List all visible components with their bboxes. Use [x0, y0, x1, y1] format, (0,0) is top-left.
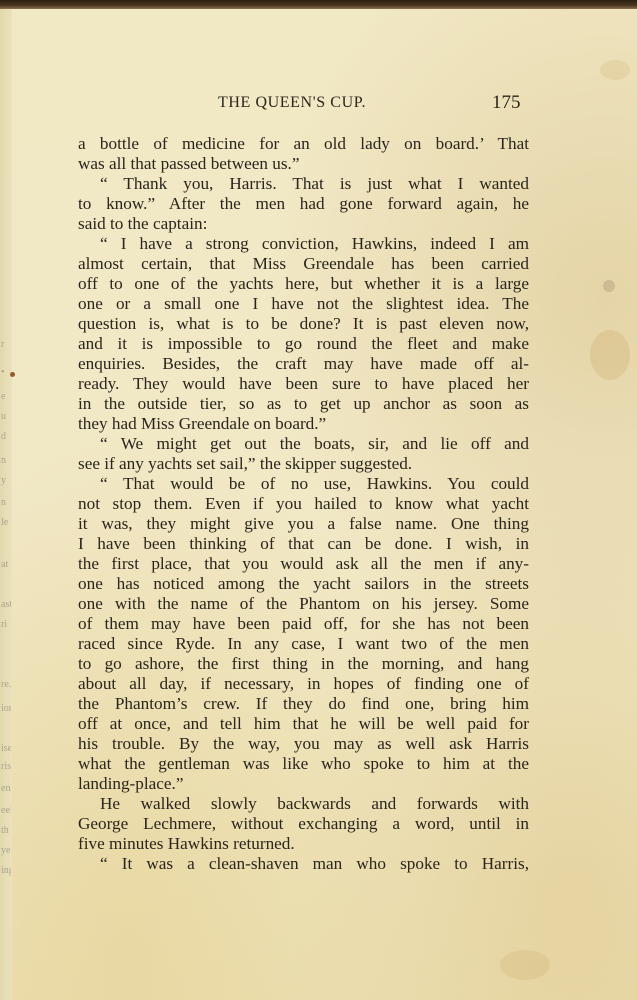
text-line: a bottle of medicine for an old lady on …: [78, 134, 529, 154]
text-line: the first place, that you would ask all …: [78, 554, 529, 574]
showthrough-glyph: ast: [1, 600, 11, 610]
text-line: George Lechmere, without exchanging a wo…: [78, 814, 529, 834]
showthrough-glyph: th: [1, 826, 11, 836]
text-line: I have been thinking of that can be done…: [78, 534, 529, 554]
showthrough-glyph: ent: [1, 784, 11, 794]
text-line: “ Thank you, Harris. That is just what I…: [78, 174, 529, 194]
showthrough-glyph: ye: [1, 846, 11, 856]
showthrough-glyph: ris: [1, 762, 11, 772]
text-line: to know.” After the men had gone forward…: [78, 194, 529, 214]
showthrough-glyph: ing: [1, 866, 11, 876]
text-line: almost certain, that Miss Greendale has …: [78, 254, 529, 274]
text-line: they had Miss Greendale on board.”: [78, 414, 529, 434]
showthrough-glyph: y: [1, 476, 11, 486]
text-line: “ I have a strong conviction, Hawkins, i…: [78, 234, 529, 254]
text-line: was all that passed between us.”: [78, 154, 529, 174]
showthrough-glyph: eel: [1, 806, 11, 816]
text-line: the Phantom’s crew. If they do find one,…: [78, 694, 529, 714]
showthrough-glyph: at: [1, 560, 11, 570]
showthrough-glyph: n: [1, 456, 11, 466]
page-header: THE QUEEN'S CUP. 175: [0, 92, 637, 116]
showthrough-glyph: re.: [1, 680, 11, 690]
text-line: not stop them. Even if you hailed to kno…: [78, 494, 529, 514]
text-line: one or a small one I have not the slight…: [78, 294, 529, 314]
text-line: enquiries. Besides, the craft may have m…: [78, 354, 529, 374]
text-line: one has noticed among the yacht sailors …: [78, 574, 529, 594]
page-number: 175: [492, 92, 521, 114]
text-line: landing-place.”: [78, 774, 529, 794]
text-line: “ We might get out the boats, sir, and l…: [78, 434, 529, 454]
text-line: about all day, if necessary, in hopes of…: [78, 674, 529, 694]
text-line: ready. They would have been sure to have…: [78, 374, 529, 394]
text-line: five minutes Hawkins returned.: [78, 834, 529, 854]
text-line: “ It was a clean-shaven man who spoke to…: [78, 854, 529, 874]
showthrough-glyph: u: [1, 412, 11, 422]
text-line: question is, what is to be done? It is p…: [78, 314, 529, 334]
book-top-edge: [0, 0, 637, 9]
showthrough-glyph: ion: [1, 704, 11, 714]
body-text: a bottle of medicine for an old lady on …: [78, 134, 529, 874]
text-line: see if any yachts set sail,” the skipper…: [78, 454, 529, 474]
text-line: what the gentleman was like who spoke to…: [78, 754, 529, 774]
text-line: it was, they might give you a false name…: [78, 514, 529, 534]
showthrough-glyph: d: [1, 432, 11, 442]
showthrough-glyph: •: [1, 368, 11, 378]
text-line: in the outside tier, so as to get up anc…: [78, 394, 529, 414]
text-line: one with the name of the Phantom on his …: [78, 594, 529, 614]
text-line: his trouble. By the way, you may as well…: [78, 734, 529, 754]
text-line: He walked slowly backwards and forwards …: [78, 794, 529, 814]
text-line: “ That would be of no use, Hawkins. You …: [78, 474, 529, 494]
text-line: raced since Ryde. In any case, I want tw…: [78, 634, 529, 654]
foxing-stain: [600, 60, 630, 80]
text-line: said to the captain:: [78, 214, 529, 234]
text-line: of them may have been paid off, for she …: [78, 614, 529, 634]
foxing-stain: [500, 950, 550, 980]
showthrough-glyph: le: [1, 518, 11, 528]
text-line: off at once, and tell him that he will b…: [78, 714, 529, 734]
text-line: to go ashore, the first thing in the mor…: [78, 654, 529, 674]
foxing-stain: [590, 330, 630, 380]
showthrough-glyph: r: [1, 340, 11, 350]
book-page: r•eudnynleatastrire.ionise,risenteelthye…: [0, 0, 637, 1000]
text-line: and it is impossible to go round the fle…: [78, 334, 529, 354]
showthrough-glyph: ri: [1, 620, 11, 630]
showthrough-glyph: ise,: [1, 744, 11, 754]
running-title: THE QUEEN'S CUP.: [218, 94, 366, 112]
foxing-stain: [603, 280, 615, 292]
showthrough-glyph: n: [1, 498, 11, 508]
showthrough-glyph: e: [1, 392, 11, 402]
text-line: off to one of the yachts here, but wheth…: [78, 274, 529, 294]
